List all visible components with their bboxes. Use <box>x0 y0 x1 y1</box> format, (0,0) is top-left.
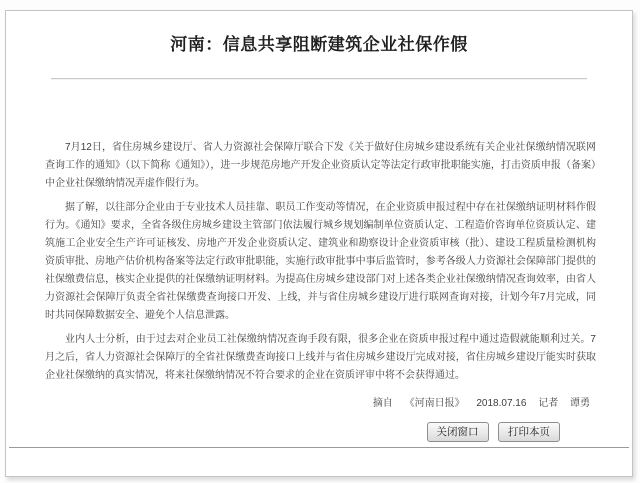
source-attribution: 摘自 《河南日报》 2018.07.16 记者 谭勇 <box>45 397 596 411</box>
attribution-reporter-label: 记者 <box>538 398 558 409</box>
screenshot-stage: 河南：信息共享阻断建筑企业社保作假 7月12日，省住房城乡建设厅、省人力资源社会… <box>0 0 640 483</box>
attribution-label: 摘自 <box>373 398 393 409</box>
attribution-reporter-name: 谭勇 <box>570 398 590 409</box>
attribution-source: 《河南日报》 <box>405 398 465 409</box>
article-body: 7月12日，省住房城乡建设厅、省人力资源社会保障厅联合下发《关于做好住房城乡建设… <box>45 139 596 411</box>
close-window-button[interactable]: 关闭窗口 <box>427 422 489 442</box>
article-paragraph: 业内人士分析，由于过去对企业员工社保缴纳情况查询手段有限，很多企业在资质申报过程… <box>45 331 596 385</box>
bottom-divider <box>9 447 629 448</box>
article-paragraph: 据了解，以往部分企业由于专业技术人员挂靠、职员工作变动等情况，在企业资质申报过程… <box>45 199 596 325</box>
attribution-date: 2018.07.16 <box>476 398 526 409</box>
title-divider <box>51 78 587 80</box>
article-paragraph: 7月12日，省住房城乡建设厅、省人力资源社会保障厅联合下发《关于做好住房城乡建设… <box>45 139 596 193</box>
action-button-row: 关闭窗口 打印本页 <box>427 422 560 442</box>
article-window: 河南：信息共享阻断建筑企业社保作假 7月12日，省住房城乡建设厅、省人力资源社会… <box>5 10 633 477</box>
print-page-button[interactable]: 打印本页 <box>498 422 560 442</box>
article-title: 河南：信息共享阻断建筑企业社保作假 <box>6 35 632 55</box>
